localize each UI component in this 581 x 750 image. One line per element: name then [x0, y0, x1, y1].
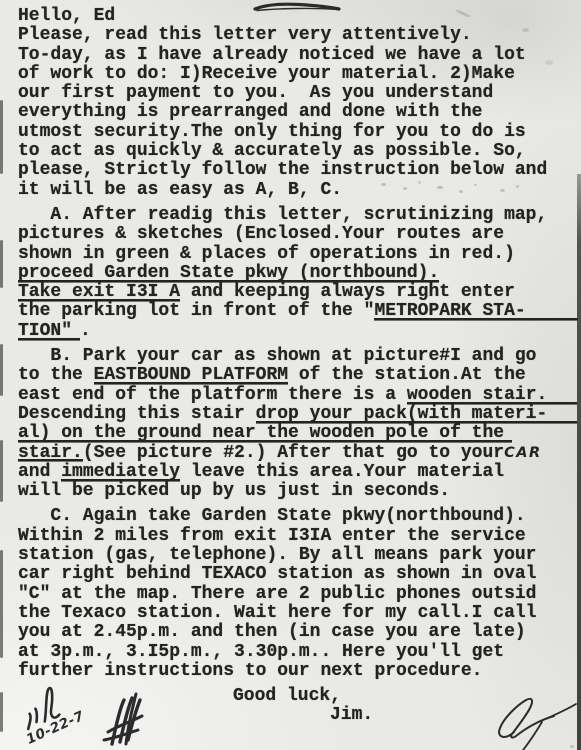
text-line: of work to do: I)Receive your material. … — [18, 65, 581, 84]
typewritten-letter-scan: { "colors": { "paper": "#e9e9e6", "ink":… — [0, 0, 581, 750]
underlined-text: EASTBOUND PLATFORM — [94, 365, 288, 385]
underlined-text: METROPARK STA- — [374, 301, 577, 321]
text-segment: Descending this stair — [18, 404, 256, 424]
text-line: everything is prearranged and done with … — [18, 103, 581, 122]
underlined-text: stair. — [18, 443, 83, 463]
text-line: car right behind TEXACO station as shown… — [18, 565, 581, 584]
text-line: Take exit I3I A and keeping always right… — [18, 283, 581, 302]
underlined-text: Take exit I3I A — [18, 282, 180, 302]
pencil-dot — [437, 186, 443, 189]
scan-edge-artifact-left — [0, 692, 3, 732]
underlined-text: drop your pack(with materi- — [256, 404, 578, 424]
text-line: you at 2.45p.m. and then (in case you ar… — [18, 623, 581, 642]
text-line: the Texaco station. Wait here for my cal… — [18, 604, 581, 623]
text-line: TION". — [18, 322, 581, 341]
handwritten-word-car: CAR — [504, 445, 542, 461]
text-line: A. After readig this letter, scrutinizin… — [18, 206, 581, 225]
scan-edge-artifact-right — [577, 174, 581, 750]
text-line: stair.(See picture #2.) After that go to… — [18, 444, 581, 463]
text-line: Within 2 miles from exit I3IA enter the … — [18, 527, 581, 546]
text-segment: leave this area.Your material — [180, 462, 504, 482]
text-line: al) on the ground near the wooden pole o… — [18, 424, 581, 443]
pencil-dot — [403, 187, 407, 190]
text-segment: to the — [18, 365, 94, 385]
text-segment: . — [80, 321, 91, 341]
text-line: utmost security.The only thing for you t… — [18, 123, 581, 142]
text-line: pictures & sketches (Enclosed.Your route… — [18, 225, 581, 244]
text-line: it will be as easy as A, B, C. — [18, 181, 581, 200]
section-b: B. Park your car as shown at picture#I a… — [18, 347, 581, 501]
text-line: proceed Garden State pkwy (northbound). — [18, 264, 581, 283]
underlined-text: proceed Garden State pkwy (northbound). — [18, 263, 439, 283]
text-line: "C" at the map. There are 2 public phone… — [18, 585, 581, 604]
scan-edge-artifact-left — [0, 100, 3, 174]
scan-edge-artifact-left — [0, 440, 3, 502]
text-line: our first payment to you. As you underst… — [18, 84, 581, 103]
text-line: please, Strictly follow the instruction … — [18, 161, 581, 180]
text-line: and immediately leave this area.Your mat… — [18, 463, 581, 482]
text-line: the parking lot in front of the "METROPA… — [18, 302, 581, 321]
smudge-mark — [522, 28, 529, 32]
section-c: C. Again take Garden State pkwy(northbou… — [18, 507, 581, 681]
underlined-text: al) on the ground near the wooden pole o… — [18, 423, 512, 443]
scan-edge-artifact-left — [0, 240, 3, 288]
letter-body: Hello, Ed Please, read this letter very … — [18, 7, 581, 726]
smudge-mark — [545, 60, 553, 65]
pencil-dot — [381, 183, 386, 186]
text-line: to the EASTBOUND PLATFORM of the station… — [18, 366, 581, 385]
text-segment: of the station.At the — [288, 365, 526, 385]
text-line: station (gas, telephone). By all means p… — [18, 546, 581, 565]
text-line: To-day, as I have already noticed we hav… — [18, 46, 581, 65]
text-segment: and keeping always right enter — [180, 282, 515, 302]
handwritten-date: 10-22-7 — [24, 708, 87, 748]
section-a: A. After readig this letter, scrutinizin… — [18, 206, 581, 341]
text-line: further instructions to our next procedu… — [18, 662, 581, 681]
text-line: B. Park your car as shown at picture#I a… — [18, 347, 581, 366]
pencil-dot — [474, 184, 477, 186]
underlined-text: immediately — [61, 462, 180, 482]
intro-paragraph: Hello, Ed Please, read this letter very … — [18, 7, 581, 200]
text-line: shown in green & places of operations in… — [18, 245, 581, 264]
text-line: at 3p.m., 3.I5p.m., 3.30p.m.. Here you'l… — [18, 643, 581, 662]
underlined-text: wooden stair. — [407, 385, 577, 405]
underlined-text: TION" — [18, 321, 80, 341]
text-segment: the parking lot in front of the " — [18, 301, 374, 321]
handwritten-initials-date: 10-22-7 — [8, 682, 158, 750]
scan-edge-artifact-left — [0, 550, 3, 658]
pencil-dot — [459, 190, 463, 193]
text-line: east end of the platform there is a wood… — [18, 386, 581, 405]
text-segment: and — [18, 462, 61, 482]
text-segment: east end of the platform there is a — [18, 385, 407, 405]
text-line: Descending this stair drop your pack(wit… — [18, 405, 581, 424]
text-segment: (See picture #2.) After that go to your — [83, 443, 504, 463]
text-line: Please, read this letter very attentivel… — [18, 26, 581, 45]
handwritten-signature — [486, 692, 581, 750]
text-line: to act as quickly & accurately as possib… — [18, 142, 581, 161]
pencil-dot — [500, 189, 505, 192]
scan-edge-artifact-left — [0, 344, 3, 396]
pencil-dot — [418, 181, 421, 184]
pencil-dot — [516, 185, 519, 188]
scribble-icon — [104, 694, 142, 744]
text-line: will be picked up by us just in seconds. — [18, 482, 581, 501]
text-line: C. Again take Garden State pkwy(northbou… — [18, 507, 581, 526]
pen-stroke-icon — [251, 1, 343, 13]
